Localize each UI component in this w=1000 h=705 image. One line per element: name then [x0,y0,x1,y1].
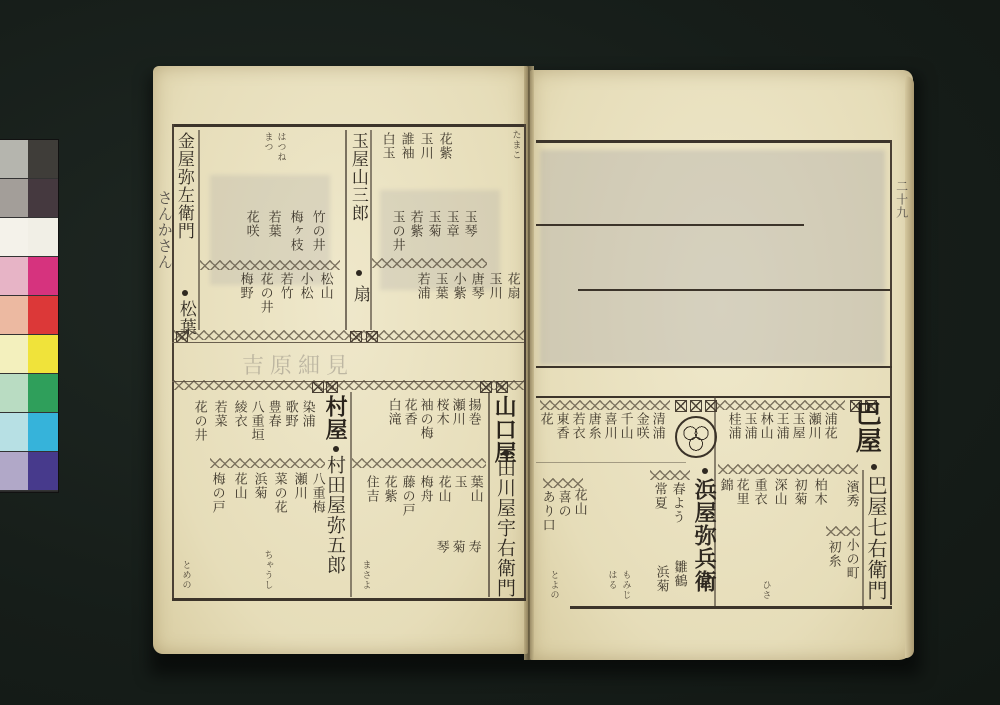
color-swatch [28,296,58,334]
faint-rule [536,366,892,368]
x-box-ornament [690,400,702,412]
column-divider [370,130,372,330]
margin-note: さんかさん [156,190,172,270]
color-swatch [28,335,58,373]
small-note: とよの [548,570,557,600]
name: 白滝 [386,398,400,426]
color-swatch-row [0,179,58,218]
name: 八重梅 [310,472,324,514]
name: 林山 [758,412,772,440]
name: 花山 [232,472,246,500]
color-swatch-row [0,413,58,452]
name: 常夏 [652,482,666,510]
zigzag-divider [540,400,670,410]
x-box-ornament [675,400,687,412]
name: 玉川 [487,272,501,300]
page-stack-edge [905,76,914,658]
name: 玉章 [444,210,458,238]
small-note: とめの [180,560,189,590]
small-note: もみじ [620,570,629,600]
zigzag-divider [210,458,325,468]
name: 喜の [556,490,570,518]
name: 玉琴 [462,210,476,238]
name: 王浦 [774,412,788,440]
zigzag-divider [715,400,845,410]
name: 葉山 [468,475,482,503]
name: 豊春 [266,400,280,428]
x-box-ornament [326,381,338,393]
color-swatch [28,413,58,451]
color-swatch [28,179,58,217]
note-a2: まつ [262,132,271,152]
owner-name-tomoeya: 巴屋七右衛門 [865,475,886,601]
name: 濱秀 [844,480,858,508]
name: 梅舟 [418,475,432,503]
name: 浜菊 [654,565,668,593]
column-divider [198,130,200,330]
color-swatch-row [0,296,58,335]
ink-show-through [540,150,885,365]
x-box-ornament [496,381,508,393]
name: 菜の花 [272,472,286,514]
name: 梅の戸 [210,472,224,514]
column-divider [350,392,352,597]
bullet-dot [182,290,188,296]
house-mark-b: 扇 [350,285,368,303]
bullet-dot [333,446,339,452]
name: 歌野 [283,400,297,428]
name: 瀬川 [806,412,820,440]
x-box-ornament [312,381,324,393]
name: 梅ヶ枝 [288,210,302,252]
bullet-dot [871,464,877,470]
zigzag-divider [650,470,690,480]
name: 錦 [718,478,732,492]
frame-bottom-rule [172,598,526,601]
color-swatch [0,335,28,373]
name: 瀬川 [450,398,464,426]
color-swatch [0,257,28,295]
bullet-dot [503,450,509,456]
name: 琴 [434,540,448,554]
zigzag-divider [826,526,860,536]
pattern-band-top [174,330,524,340]
color-swatch-row [0,374,58,413]
zigzag-divider [200,260,340,270]
frame-right-rule [524,124,526,599]
color-swatch [28,257,58,295]
color-swatch [0,296,28,334]
name: 玉屋 [790,412,804,440]
name: 春よう [670,482,684,524]
name: 若竹 [278,272,292,300]
name: 若菜 [212,400,226,428]
name: 若衣 [570,412,584,440]
name: 唐糸 [586,412,600,440]
name: 桂浦 [726,412,740,440]
color-swatch-row [0,218,58,257]
color-swatch [28,374,58,412]
name: 揚巻 [466,398,480,426]
name: 花山 [436,475,450,503]
faded-band: 吉原細見 [172,342,524,382]
house-name-b: 玉屋山三郎 [348,132,366,222]
owner-name-tagawaya: 田川屋宇右衛門 [494,458,514,598]
name: 花山 [572,488,586,516]
color-swatch-row [0,452,58,491]
color-calibration-chart [0,140,58,492]
column-divider [345,130,347,330]
name: 桜木 [434,398,448,426]
color-swatch [28,218,58,256]
name: 染浦 [300,400,314,428]
name: 若紫 [408,210,422,238]
name: 重衣 [752,478,766,506]
name: 玉菊 [426,210,440,238]
name: 松山 [318,272,332,300]
color-swatch [0,179,28,217]
color-swatch [28,452,58,490]
section-top-rule [536,396,890,398]
color-swatch-row [0,257,58,296]
bullet-dot [702,468,708,474]
name: 花香 [402,398,416,426]
color-swatch [0,374,28,412]
color-swatch-row [0,335,58,374]
faint-rule [536,462,686,463]
family-crest-icon [675,416,717,458]
name: 袖の梅 [418,398,432,440]
color-swatch-row [0,140,58,179]
color-swatch [28,140,58,178]
x-box-ornament [480,381,492,393]
name: 浜菊 [252,472,266,500]
name: 清浦 [650,412,664,440]
name: 喜川 [602,412,616,440]
name: 唐琴 [469,272,483,300]
top-rule [536,140,892,143]
side-tab-number: 二十九 [895,180,908,219]
name: 柏木 [812,478,826,506]
color-swatch [0,140,28,178]
name: 花里 [734,478,748,506]
name: 玉の井 [390,210,404,252]
small-note: はる [606,570,615,590]
zigzag-divider [543,478,583,488]
name: 千山 [618,412,632,440]
name: 綾衣 [232,400,246,428]
name: 浦花 [822,412,836,440]
name: 花扇 [505,272,519,300]
faint-rule [578,289,890,291]
small-note: ちゃうし [262,550,271,590]
zigzag-divider [718,464,858,474]
faint-rule [536,224,804,226]
name: 小紫 [451,272,465,300]
house-name-a: 金屋弥左衛門 [174,132,192,240]
name: 深山 [772,478,786,506]
faded-band-text: 吉原細見 [242,349,354,380]
name: 若葉 [266,210,280,238]
section-bottom-rule [570,606,892,609]
name: あり口 [540,490,554,532]
name: 花紫 [437,132,451,160]
note-a: はつね [275,132,284,162]
name: 白玉 [380,132,394,160]
name: 雛鶴 [672,560,686,588]
name: 玉川 [418,132,432,160]
zigzag-divider [372,258,487,268]
name: 玉浦 [742,412,756,440]
name: 東香 [554,412,568,440]
name: 小の町 [844,538,858,580]
bullet-dot [356,270,362,276]
name: 瀬川 [292,472,306,500]
owner-name-murataya: 村田屋弥五郎 [324,455,344,575]
name: 花咲 [244,210,258,238]
zigzag-divider [352,458,486,468]
name: 花の井 [258,272,272,314]
color-swatch [0,452,28,490]
name: 小松 [298,272,312,300]
name: 菊 [450,540,464,554]
name: 花 [538,412,552,426]
name: 玉葉 [433,272,447,300]
small-note: ひさ [760,580,769,600]
name: 藤の戸 [400,475,414,517]
name: 梅野 [238,272,252,300]
house-title-muraya: 村屋 [323,395,346,441]
frame-top-rule [172,124,526,127]
name: 八重垣 [249,400,263,442]
name: 初菊 [792,478,806,506]
column-divider [488,392,490,597]
color-swatch [0,218,28,256]
name: 花紫 [382,475,396,503]
owner-name-hamaya: 浜屋弥兵衛 [692,478,715,593]
note-b: たまこ [510,130,519,160]
name: 若浦 [415,272,429,300]
name: 金咲 [634,412,648,440]
name: 寿 [466,540,480,554]
color-swatch [0,413,28,451]
right-frame-rule [890,140,892,605]
name: 住吉 [364,475,378,503]
name: 竹の井 [310,210,324,252]
name: 花の井 [192,400,206,442]
pattern-band-bottom [174,380,524,390]
name: 誰袖 [399,132,413,160]
small-note: まさよ [360,560,369,590]
name: 初糸 [826,540,840,568]
name: 玉 [452,475,466,489]
house-title-tomoeya: 巴屋 [852,400,879,454]
